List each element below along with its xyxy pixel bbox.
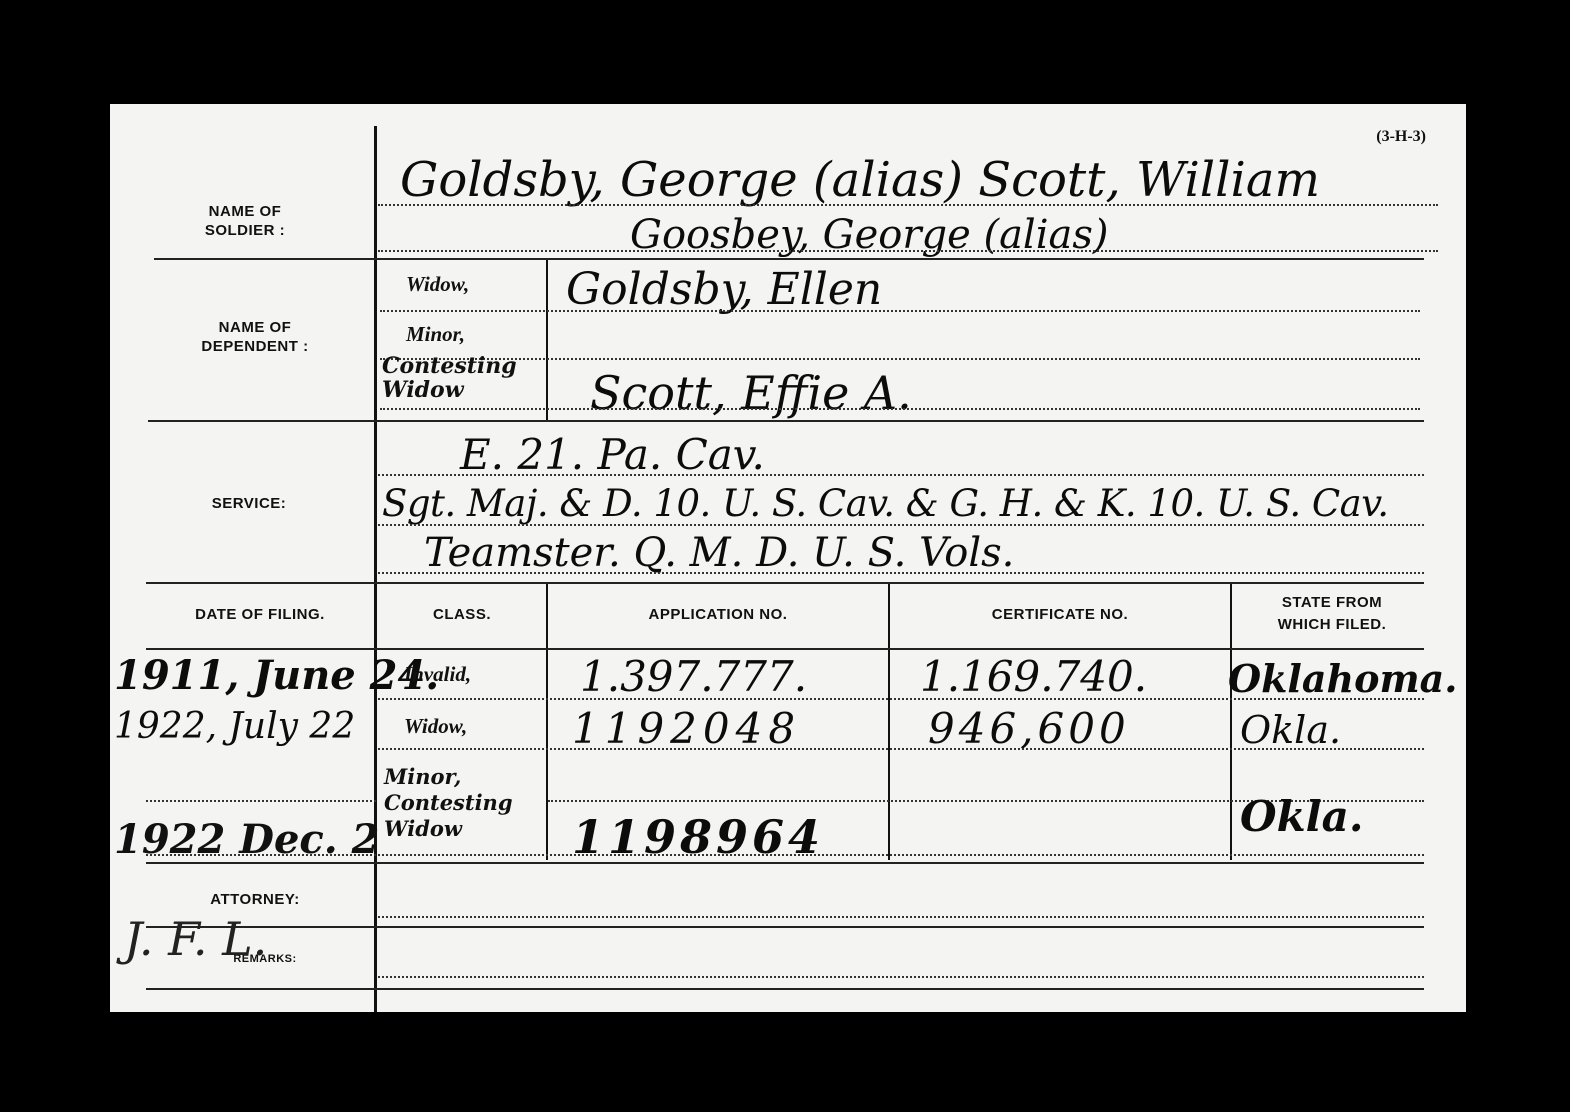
row2-rule xyxy=(378,748,1424,750)
row3-date-upper-rule xyxy=(146,800,376,802)
row2-application-no: 1192048 xyxy=(572,704,801,753)
row1-class: Invalid, xyxy=(404,662,471,687)
attorney-signature: J. F. L. xyxy=(124,912,267,966)
row3-state: Okla. xyxy=(1240,792,1363,841)
dependent-section-rule xyxy=(148,420,1424,422)
header-state-line1: STATE FROM xyxy=(1282,594,1382,611)
service-label: SERVICE: xyxy=(184,494,314,513)
header-certificate-no: CERTIFICATE NO. xyxy=(890,604,1230,626)
header-class: CLASS. xyxy=(378,604,546,626)
name-of-dependent-label: NAME OFDEPENDENT : xyxy=(170,318,340,356)
service-line3: Teamster. Q. M. D. U. S. Vols. xyxy=(424,530,1014,576)
service-line3-rule xyxy=(378,572,1424,574)
table-bottom-rule xyxy=(146,862,1424,864)
service-line1-rule xyxy=(378,474,1424,476)
widow-name: Goldsby, Ellen xyxy=(566,264,882,315)
attorney-rule xyxy=(378,916,1424,918)
soldier-name-line1: Goldsby, George (alias) Scott, William xyxy=(400,152,1320,208)
header-date-of-filing: DATE OF FILING. xyxy=(150,604,370,626)
name-of-soldier-label: NAME OFSOLDIER : xyxy=(170,202,320,240)
table-header-rule xyxy=(146,648,1424,650)
row3-class: Minor, Contesting Widow xyxy=(384,764,548,842)
contesting-widow-rule xyxy=(380,408,1420,410)
attorney-section-rule xyxy=(146,926,1424,928)
row1-application-no: 1.397.777. xyxy=(580,652,807,701)
header-state-line2: WHICH FILED. xyxy=(1278,616,1387,633)
form-id: (3-H-3) xyxy=(1376,128,1426,146)
widow-type-label: Widow, xyxy=(406,272,469,297)
row3-rule xyxy=(146,854,1424,856)
row2-date: 1922, July 22 xyxy=(114,706,355,747)
minor-type-label: Minor, xyxy=(406,322,465,347)
row1-certificate-no: 1.169.740. xyxy=(920,652,1147,701)
remarks-section-rule xyxy=(146,988,1424,990)
row1-rule xyxy=(378,698,1424,700)
contesting-widow-annotation: Contesting Widow xyxy=(382,354,552,402)
remarks-rule xyxy=(378,976,1424,978)
header-state-from-which-filed: STATE FROM WHICH FILED. xyxy=(1232,592,1432,636)
row2-state: Okla. xyxy=(1240,708,1341,752)
attorney-label: ATTORNEY: xyxy=(170,890,340,909)
row2-class: Widow, xyxy=(404,714,467,739)
row2-certificate-no: 946,600 xyxy=(928,704,1130,753)
service-section-rule xyxy=(146,582,1424,584)
row1-state: Oklahoma. xyxy=(1228,656,1458,701)
soldier-line2-rule xyxy=(378,250,1438,252)
contesting-widow-name: Scott, Effie A. xyxy=(590,366,912,420)
service-line2: Sgt. Maj. & D. 10. U. S. Cav. & G. H. & … xyxy=(382,482,1389,525)
pension-index-card: (3-H-3) NAME OFSOLDIER : Goldsby, George… xyxy=(110,104,1466,1012)
widow-rule xyxy=(380,310,1420,312)
soldier-section-rule xyxy=(154,258,1424,260)
service-line1: E. 21. Pa. Cav. xyxy=(460,430,765,479)
service-line2-rule xyxy=(378,524,1424,526)
soldier-line1-rule xyxy=(378,204,1438,206)
row1-date: 1911, June 24. xyxy=(114,652,439,699)
header-application-no: APPLICATION NO. xyxy=(548,604,888,626)
